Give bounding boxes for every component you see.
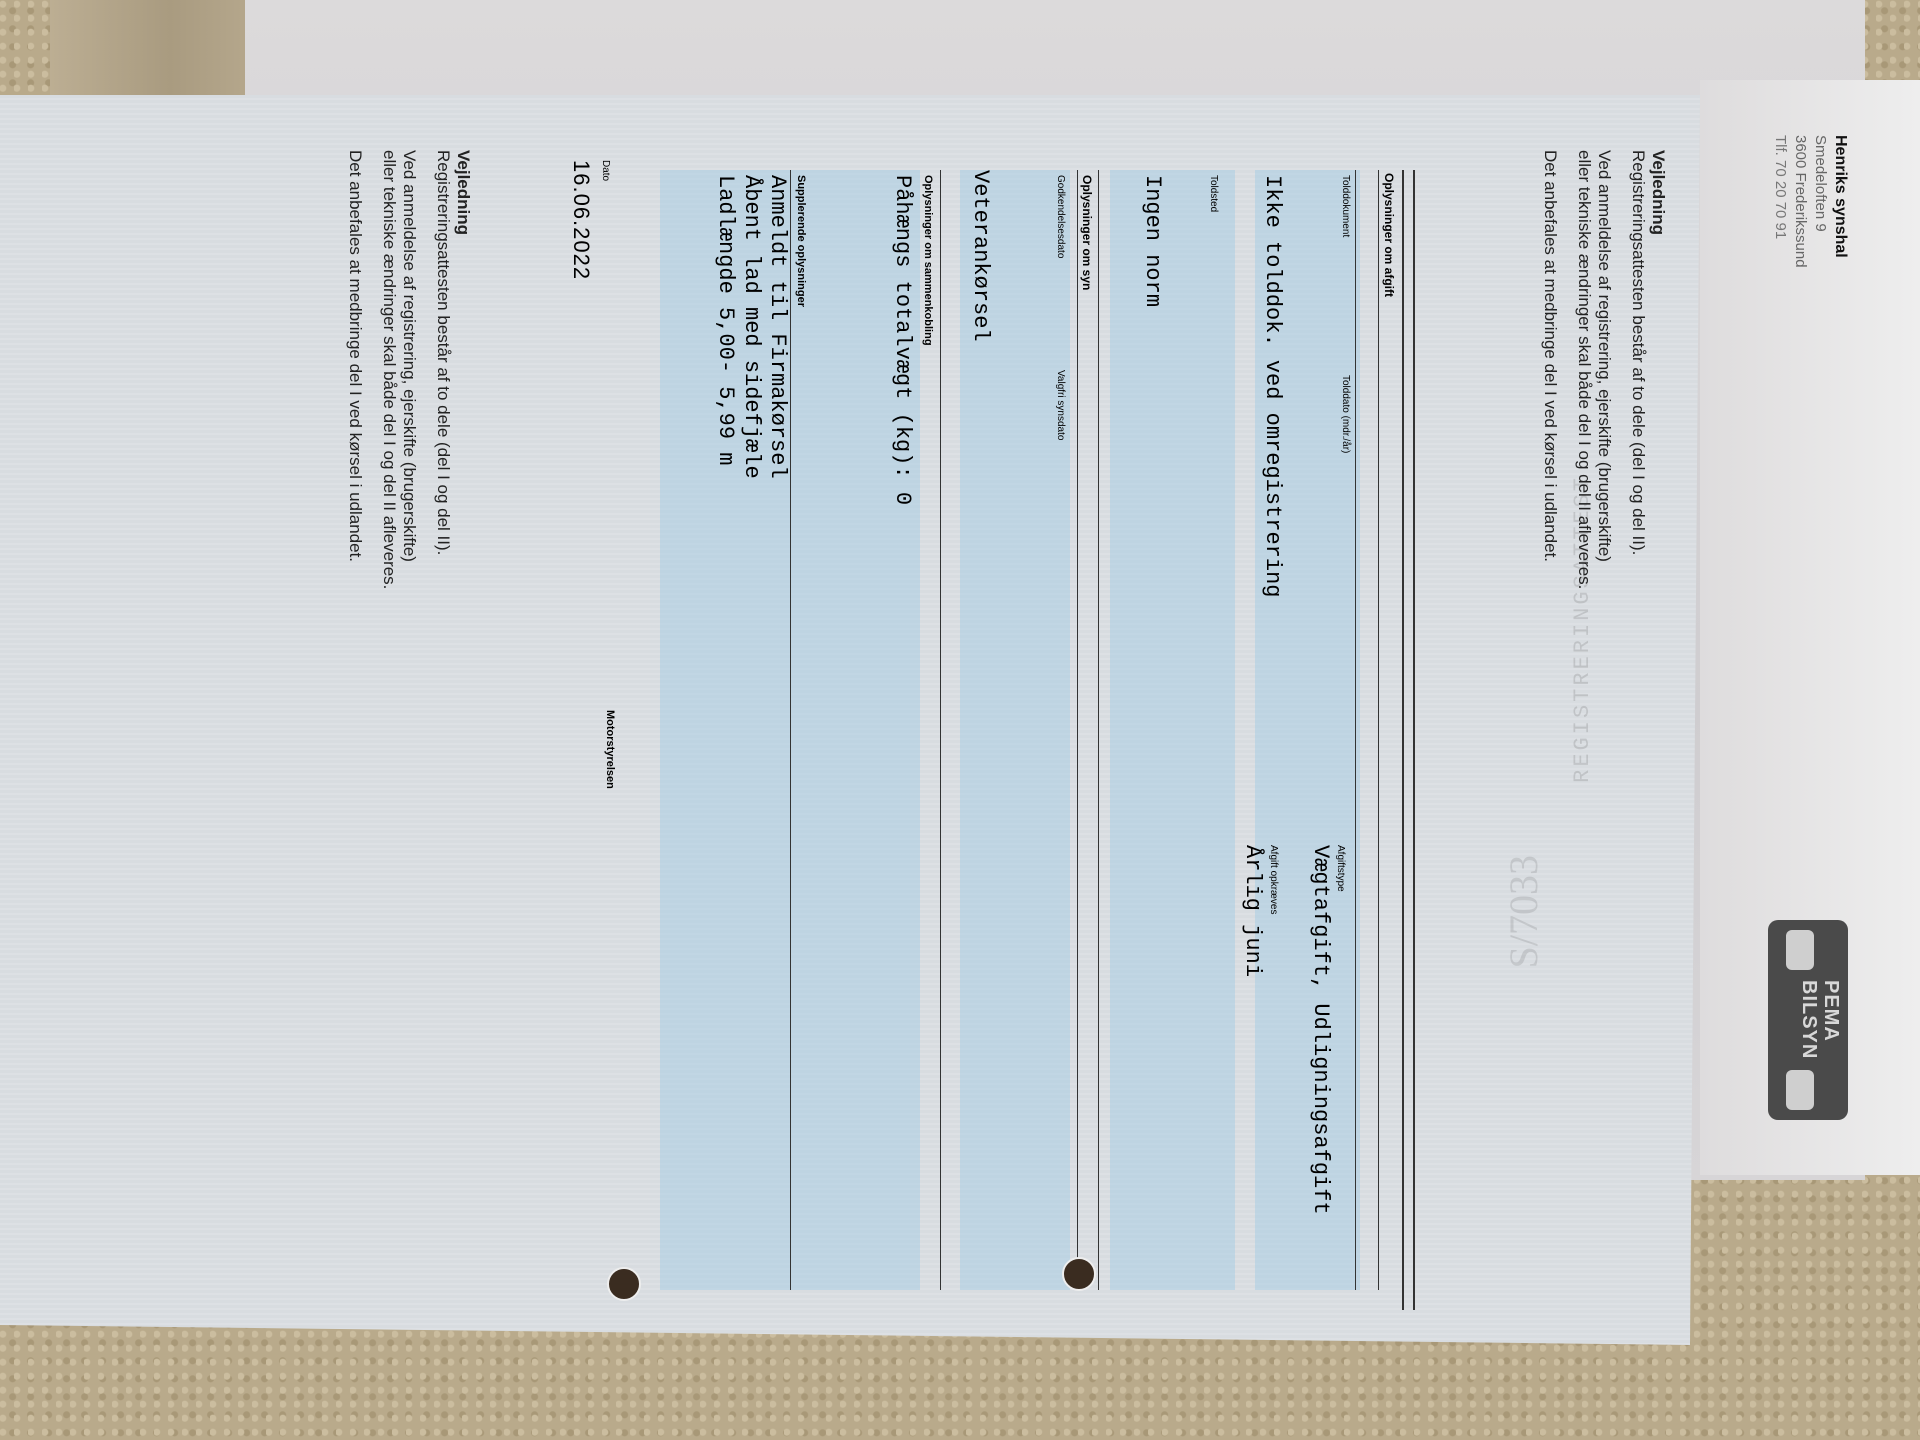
sender-city: 3600 Frederikssund	[1790, 135, 1810, 268]
tolddokument-label: Tolddokument	[1340, 175, 1351, 237]
logo-text: PEMA BILSYN	[1798, 980, 1842, 1059]
dato-value: 16.06.2022	[568, 160, 594, 280]
opkraeves-value: Årlig juni	[1240, 845, 1265, 977]
syn-value: Veterankørsel	[968, 170, 993, 342]
supplerende-line: Anmeldt til Firmakørsel	[764, 175, 790, 479]
tolddokument-value: Ikke tolddok. ved omregistrering	[1260, 175, 1285, 597]
guide-line: Det anbefales at medbringe del I ved kør…	[345, 150, 365, 589]
guide-line: Registreringsattesten består af to dele …	[1628, 150, 1648, 589]
punch-hole	[1062, 1257, 1096, 1291]
divider	[1413, 170, 1415, 1310]
dato-label: Dato	[600, 160, 611, 181]
issuer-brand: Motorstyrelsen	[604, 710, 616, 789]
rule	[1098, 170, 1099, 1290]
guide-line: Registreringsattesten består af to dele …	[433, 150, 453, 589]
section-title-syn: Oplysninger om syn	[1080, 175, 1094, 290]
sender-name: Henriks synshal	[1830, 135, 1850, 268]
leather-item	[50, 0, 250, 95]
section-title-sammenkobling: Oplysninger om sammenkobling	[922, 175, 934, 346]
logo-line1: PEMA	[1820, 980, 1842, 1059]
sender-address: Henriks synshal Smedeloften 9 3600 Frede…	[1770, 135, 1850, 268]
toldsted-label: Toldsted	[1208, 175, 1219, 212]
punch-hole	[607, 1267, 641, 1301]
sender-phone: Tlf. 70 20 70 91	[1770, 135, 1790, 268]
logo-line2: BILSYN	[1798, 980, 1820, 1059]
guide-line: Ved anmeldelse af registrering, ejerskif…	[1594, 150, 1614, 589]
tolddato-label: Tolddato (mdr./år)	[1340, 375, 1351, 453]
faint-print: S/7033	[1500, 855, 1547, 968]
guide-line: eller tekniske ændringer skal både del I…	[379, 150, 399, 589]
guide-top: Vejledning Registreringsattesten består …	[1540, 150, 1668, 589]
guide-line: Ved anmeldelse af registrering, ejerskif…	[399, 150, 419, 589]
guide-bottom: Vejledning Registreringsattesten består …	[345, 150, 473, 589]
car-wheel-icon	[1786, 930, 1814, 970]
section-title-supplerende: Supplerende oplysninger	[795, 175, 807, 307]
pema-bilsyn-logo: PEMA BILSYN	[1768, 920, 1848, 1120]
rule	[1355, 170, 1356, 1290]
guide-line: Det anbefales at medbringe del I ved kør…	[1540, 150, 1560, 589]
afgiftstype-value: Vægtafgift, Udligningsafgift	[1308, 845, 1333, 1215]
sender-street: Smedeloften 9	[1810, 135, 1830, 268]
divider	[1402, 170, 1404, 1310]
valgfri-synsdato-label: Valgfri synsdato	[1055, 370, 1066, 440]
car-wheel-icon	[1786, 1070, 1814, 1110]
sammenkobling-value: Påhængs totalvægt (kg): 0	[890, 175, 915, 505]
section-title-afgift: Oplysninger om afgift	[1382, 173, 1396, 297]
guide-title: Vejledning	[453, 150, 473, 589]
guide-line: eller tekniske ændringer skal både del I…	[1574, 150, 1594, 589]
faint-line: S/7033	[1501, 855, 1546, 968]
supplerende-line: Åbent lad med sidefjæle	[738, 175, 764, 479]
toldsted-value: Ingen norm	[1140, 175, 1165, 307]
opkraeves-label: Afgift opkræves	[1268, 845, 1279, 914]
field-band	[1110, 170, 1235, 1290]
supplerende-line: Ladlængde 5,00- 5,99 m	[712, 175, 738, 479]
guide-title: Vejledning	[1648, 150, 1668, 589]
registration-certificate: REGISTRERINGSATTEST S/7033 Vejledning Re…	[0, 95, 1700, 1345]
rule	[940, 170, 941, 1290]
rule	[1378, 170, 1379, 1290]
rule	[790, 170, 791, 1290]
rule	[1077, 170, 1078, 1290]
supplerende-lines: Anmeldt til Firmakørsel Åbent lad med si…	[712, 175, 790, 479]
afgiftstype-label: Afgiftstype	[1335, 845, 1346, 892]
godkendelsesdato-label: Godkendelsesdato	[1055, 175, 1066, 258]
